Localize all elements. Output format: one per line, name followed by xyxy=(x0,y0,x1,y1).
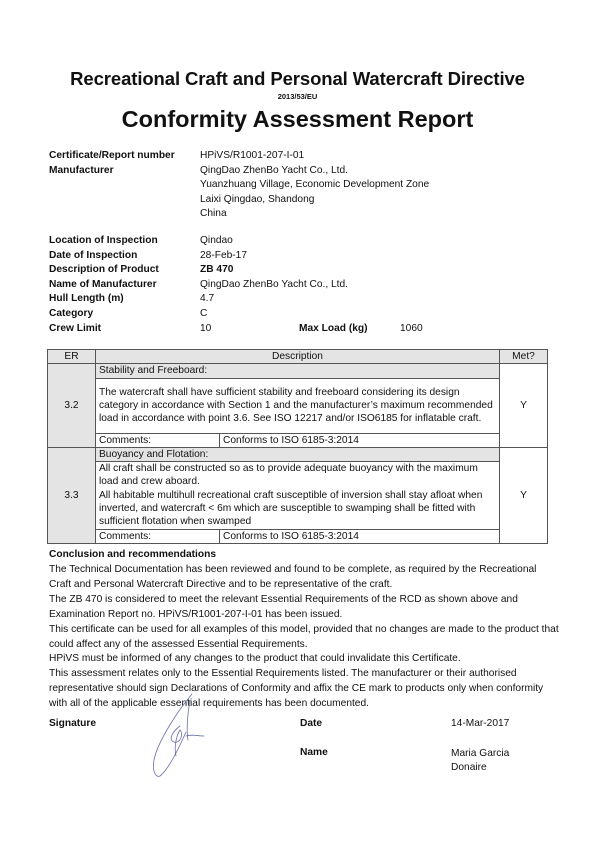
product-label: Description of Product xyxy=(49,263,159,278)
category-value: C xyxy=(200,307,207,322)
manufacturer-line: Yuanzhuang Village, Economic Development… xyxy=(200,178,429,193)
inspection-date-label: Date of Inspection xyxy=(49,249,137,264)
crew-limit-label: Crew Limit xyxy=(49,322,101,337)
comment-value: Conforms to ISO 6185-3:2014 xyxy=(220,433,500,447)
signoff-name-value: Maria Garcia Donaire xyxy=(451,747,541,776)
conclusion-text: The Technical Documentation has been rev… xyxy=(49,563,559,712)
manufacturer-name-value: QingDao ZhenBo Yacht Co., Ltd. xyxy=(200,278,348,293)
table-row: The watercraft shall have sufficient sta… xyxy=(48,378,548,433)
name-line: Donaire xyxy=(451,761,541,775)
product-value: ZB 470 xyxy=(200,263,233,278)
table-row: All craft shall be constructed so as to … xyxy=(48,462,548,529)
hull-length-value: 4.7 xyxy=(200,292,214,307)
section-title: Buoyancy and Flotation: xyxy=(96,447,500,461)
requirement-description: The watercraft shall have sufficient sta… xyxy=(96,378,500,433)
manufacturer-label: Manufacturer xyxy=(49,164,114,179)
description-line: All craft shall be constructed so as to … xyxy=(99,462,496,489)
requirements-table: ER Description Met? 3.2 Stability and Fr… xyxy=(47,349,548,544)
name-line: Maria Garcia xyxy=(451,747,541,761)
header-met: Met? xyxy=(500,350,548,364)
requirement-description: All craft shall be constructed so as to … xyxy=(96,462,500,529)
conclusion-paragraph: This assessment relates only to the Esse… xyxy=(49,667,559,712)
table-row: 3.3 Buoyancy and Flotation: Y xyxy=(48,447,548,461)
report-title: Conformity Assessment Report xyxy=(0,106,595,133)
header-description: Description xyxy=(96,350,500,364)
met-value: Y xyxy=(500,447,548,543)
er-number: 3.2 xyxy=(48,364,96,448)
section-title: Stability and Freeboard: xyxy=(96,364,500,378)
signoff-date-value: 14-Mar-2017 xyxy=(451,718,509,729)
directive-number: 2013/53/EU xyxy=(0,92,595,101)
table-header-row: ER Description Met? xyxy=(48,350,548,364)
report-number-label: Certificate/Report number xyxy=(49,149,175,164)
hull-length-label: Hull Length (m) xyxy=(49,292,124,307)
comment-value: Conforms to ISO 6185-3:2014 xyxy=(220,529,500,543)
met-value: Y xyxy=(500,364,548,448)
location-label: Location of Inspection xyxy=(49,234,158,249)
comments-label: Comments: xyxy=(96,433,220,447)
comments-label: Comments: xyxy=(96,529,220,543)
crew-limit-value: 10 xyxy=(200,322,211,337)
description-line: All habitable multihull recreational cra… xyxy=(99,489,496,529)
conclusion-title: Conclusion and recommendations xyxy=(49,549,216,560)
conformity-assessment-page: Recreational Craft and Personal Watercra… xyxy=(0,0,595,841)
max-load-value: 1060 xyxy=(400,322,423,337)
handwritten-signature-icon xyxy=(150,690,230,780)
report-number-value: HPiVS/R1001-207-I-01 xyxy=(200,149,304,164)
manufacturer-line: QingDao ZhenBo Yacht Co., Ltd. xyxy=(200,164,348,179)
signature-label: Signature xyxy=(49,718,96,729)
max-load-label: Max Load (kg) xyxy=(299,322,368,337)
manufacturer-line: Laixi Qingdao, Shandong xyxy=(200,193,314,208)
conclusion-paragraph: HPiVS must be informed of any changes to… xyxy=(49,652,559,667)
inspection-date-value: 28-Feb-17 xyxy=(200,249,247,264)
manufacturer-line: China xyxy=(200,207,227,222)
signoff-name-label: Name xyxy=(300,747,328,758)
table-row: 3.2 Stability and Freeboard: Y xyxy=(48,364,548,378)
conclusion-paragraph: This certificate can be used for all exa… xyxy=(49,623,559,653)
location-value: Qindao xyxy=(200,234,233,249)
conclusion-paragraph: The Technical Documentation has been rev… xyxy=(49,563,559,593)
category-label: Category xyxy=(49,307,93,322)
manufacturer-name-label: Name of Manufacturer xyxy=(49,278,157,293)
er-number: 3.3 xyxy=(48,447,96,543)
conclusion-paragraph: The ZB 470 is considered to meet the rel… xyxy=(49,593,559,623)
header-er: ER xyxy=(48,350,96,364)
table-row: Comments: Conforms to ISO 6185-3:2014 xyxy=(48,529,548,543)
table-row: Comments: Conforms to ISO 6185-3:2014 xyxy=(48,433,548,447)
directive-title: Recreational Craft and Personal Watercra… xyxy=(0,68,595,90)
signoff-date-label: Date xyxy=(300,718,322,729)
